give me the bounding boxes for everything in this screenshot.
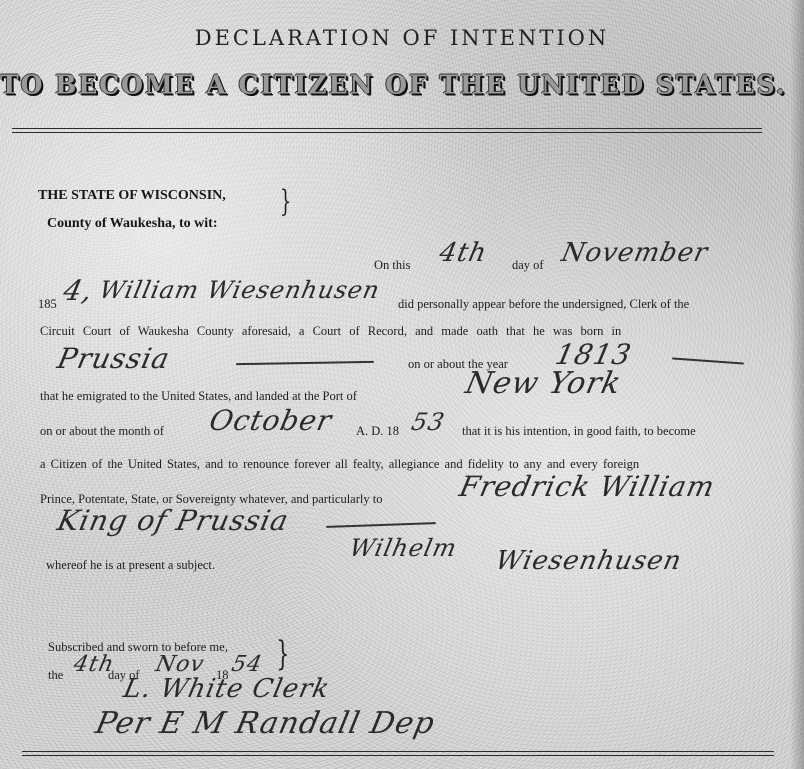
venue-state: THE STATE OF WISCONSIN, [38, 188, 226, 204]
handwritten-applicant-name: William Wiesenhusen [97, 276, 383, 304]
court-text: Circuit Court of Waukesha County aforesa… [40, 324, 621, 339]
jurat-brace: } [276, 634, 289, 674]
birth-year-dash [672, 357, 744, 364]
footer-double-rule [22, 751, 774, 756]
handwritten-year-digit: 4, [60, 274, 96, 307]
scan-edge-shadow [790, 0, 804, 769]
handwritten-arrival-year: 53 [409, 408, 447, 436]
jurat-the-label: the [48, 668, 63, 683]
handwritten-sovereign-name: Fredrick William [456, 470, 718, 503]
venue-county: County of Waukesha, to wit: [47, 216, 218, 232]
header-double-rule [12, 128, 762, 133]
about-month-label: on or about the month of [40, 424, 164, 439]
handwritten-birthplace: Prussia [54, 342, 173, 375]
subject-text: whereof he is at present a subject. [46, 558, 215, 573]
emigrated-text: that he emigrated to the United States, … [40, 389, 357, 404]
day-of-label: day of [512, 258, 544, 273]
ad-label: A. D. 18 [356, 424, 399, 439]
handwritten-port: New York [462, 366, 624, 401]
venue-brace: } [280, 184, 291, 219]
clerk-signature: L. White Clerk [121, 674, 333, 704]
sovereign-title-dash [326, 522, 436, 528]
document-subtitle: TO BECOME A CITIZEN OF THE UNITED STATES… [0, 69, 770, 99]
handwritten-arrival-month: October [206, 404, 335, 437]
birthplace-dash [236, 361, 374, 365]
handwritten-sovereign-title: King of Prussia [54, 504, 292, 537]
applicant-signature-first: Wilhelm [347, 534, 460, 562]
appear-text: did personally appear before the undersi… [398, 297, 689, 312]
document-title: DECLARATION OF INTENTION [0, 26, 804, 50]
deputy-signature: Per E M Randall Dep [92, 706, 438, 741]
intention-text: that it is his intention, in good faith,… [462, 424, 696, 439]
handwritten-month: November [559, 238, 711, 268]
year-prefix-label: 185 [38, 297, 57, 312]
handwritten-day: 4th [437, 238, 490, 268]
on-this-label: On this [374, 258, 410, 273]
applicant-signature-last: Wiesenhusen [493, 546, 685, 576]
